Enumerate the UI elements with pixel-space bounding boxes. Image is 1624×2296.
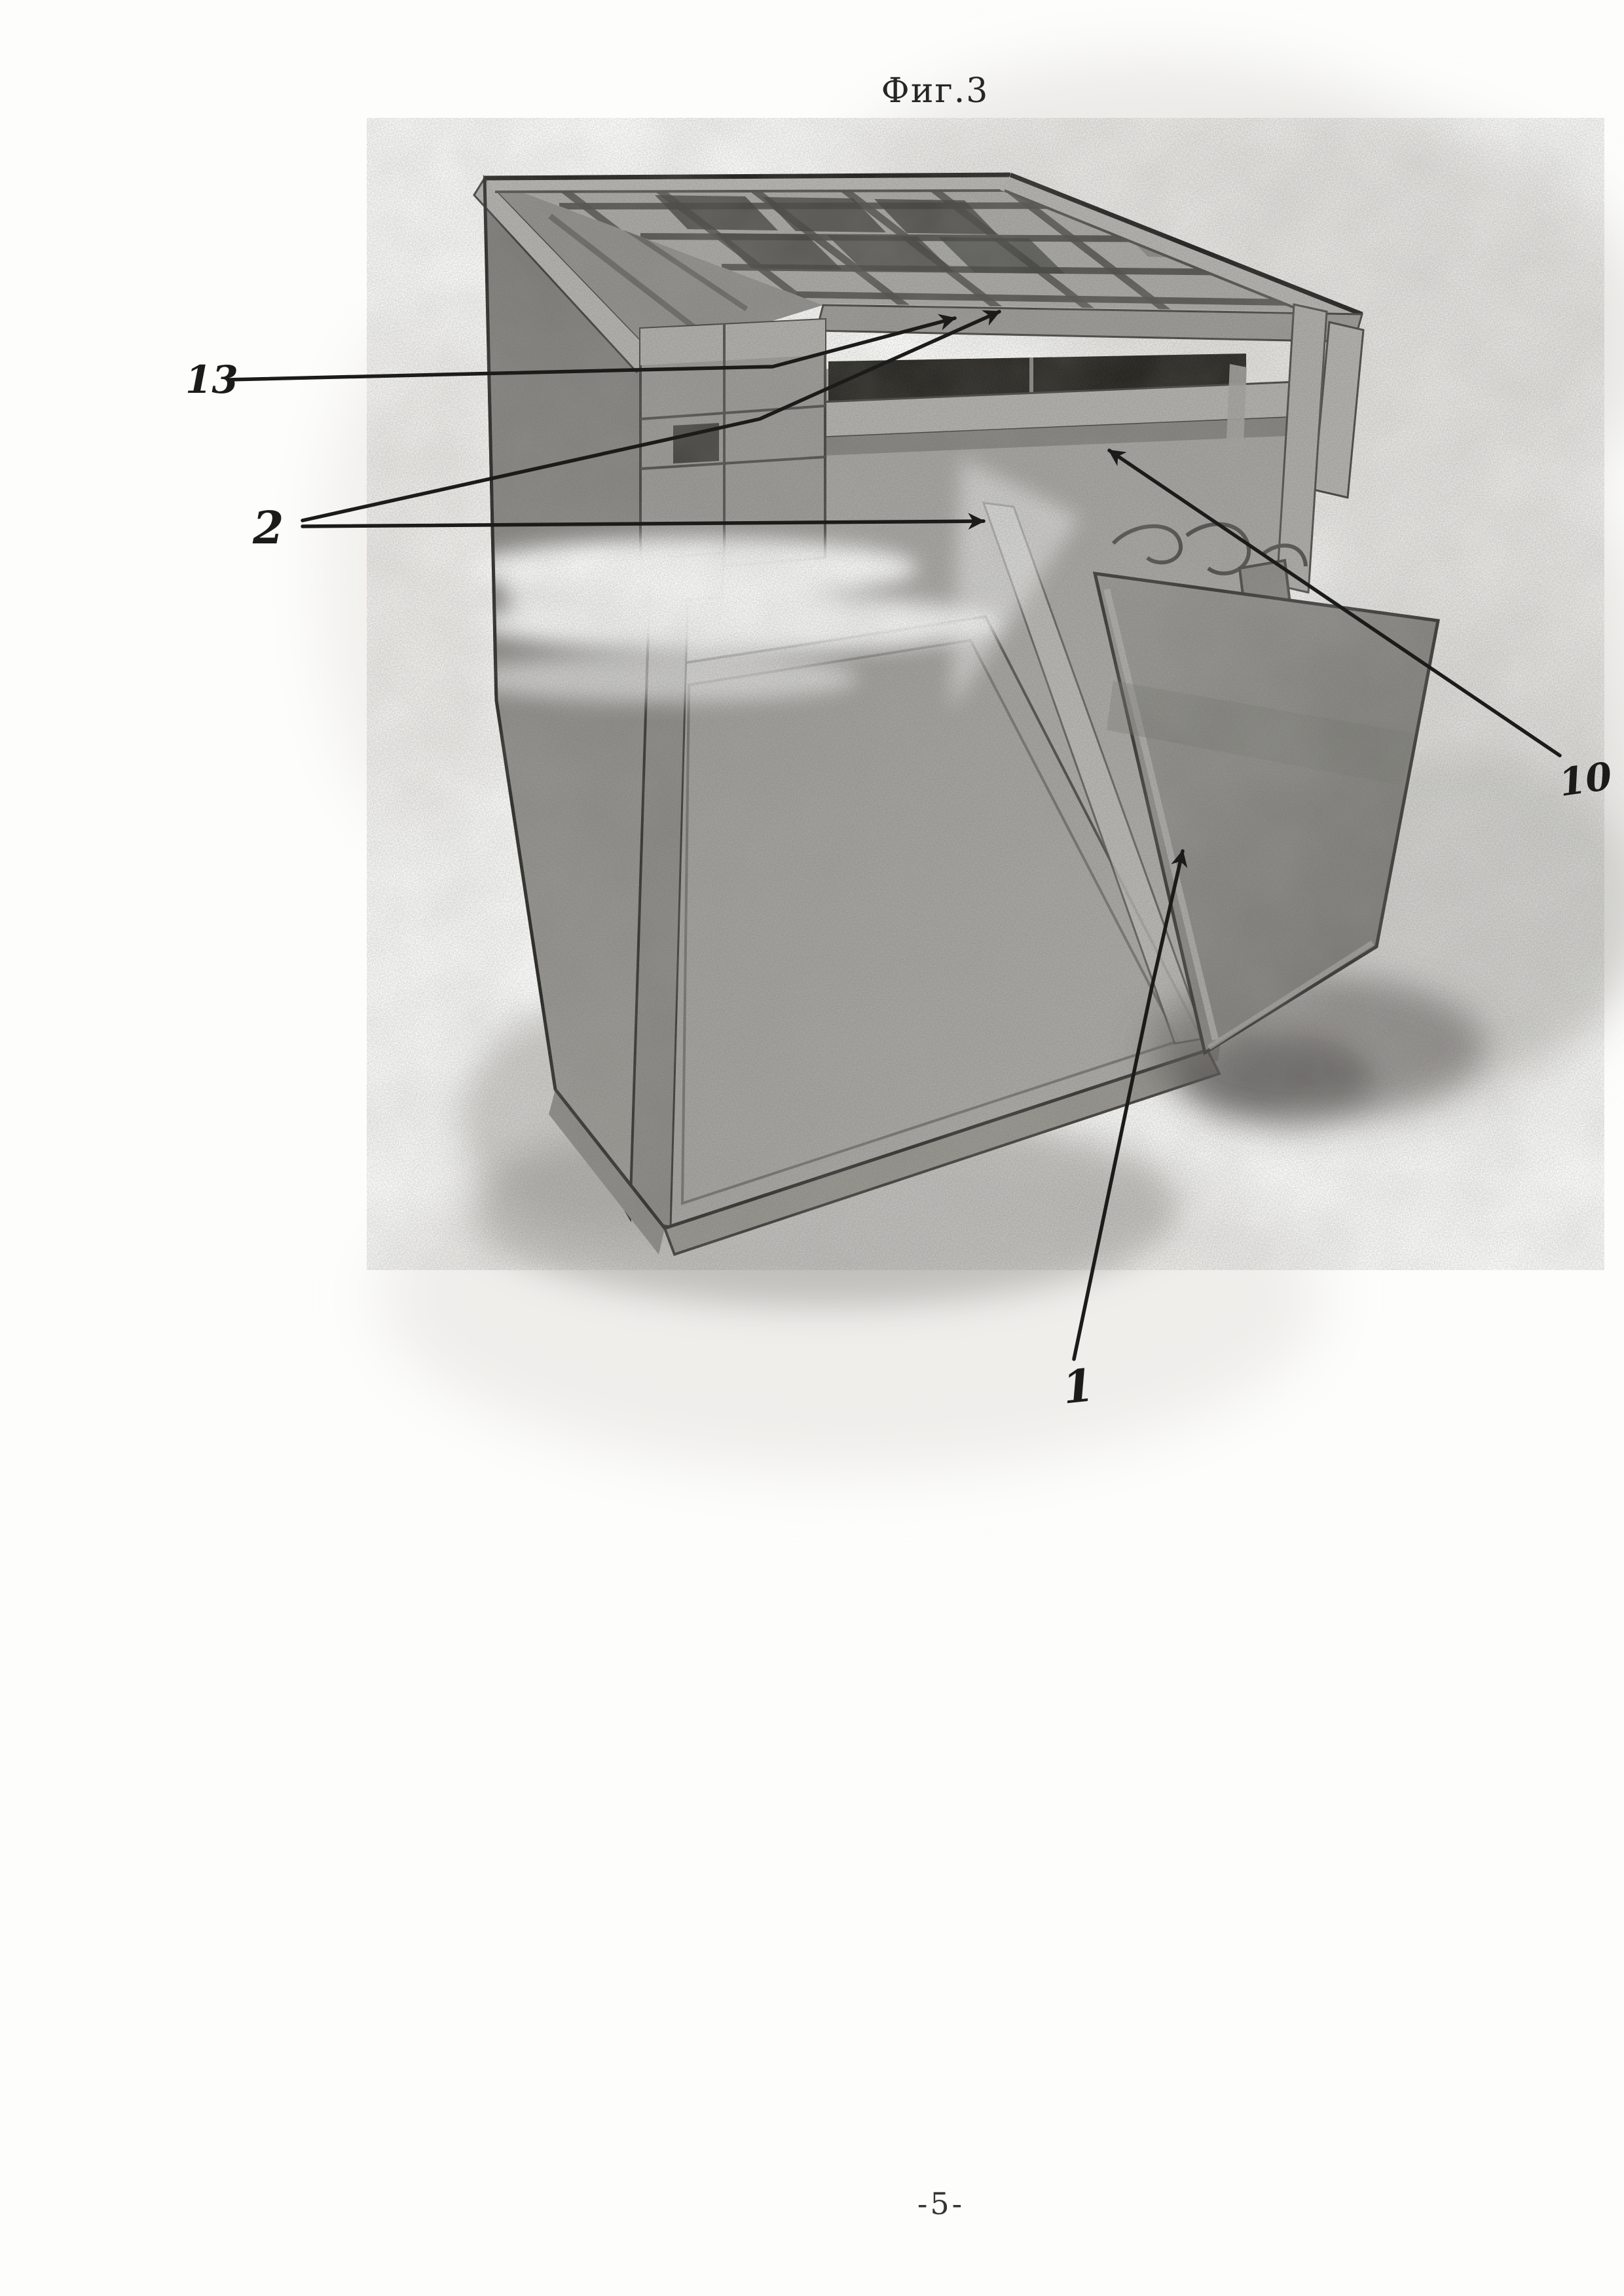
callout-label-10: 10 <box>1557 754 1615 805</box>
page-number: -5- <box>917 2186 965 2221</box>
patent-page: Фиг.3 13 2 10 1 -5- <box>0 0 1624 2296</box>
callout-label-13: 13 <box>185 357 238 402</box>
callout-label-2: 2 <box>252 502 284 555</box>
scan-grain <box>367 118 1604 1270</box>
patent-figure-svg: Фиг.3 13 2 10 1 -5- <box>0 0 1624 2296</box>
figure-title: Фиг.3 <box>881 71 989 111</box>
callout-label-1: 1 <box>1060 1359 1096 1415</box>
